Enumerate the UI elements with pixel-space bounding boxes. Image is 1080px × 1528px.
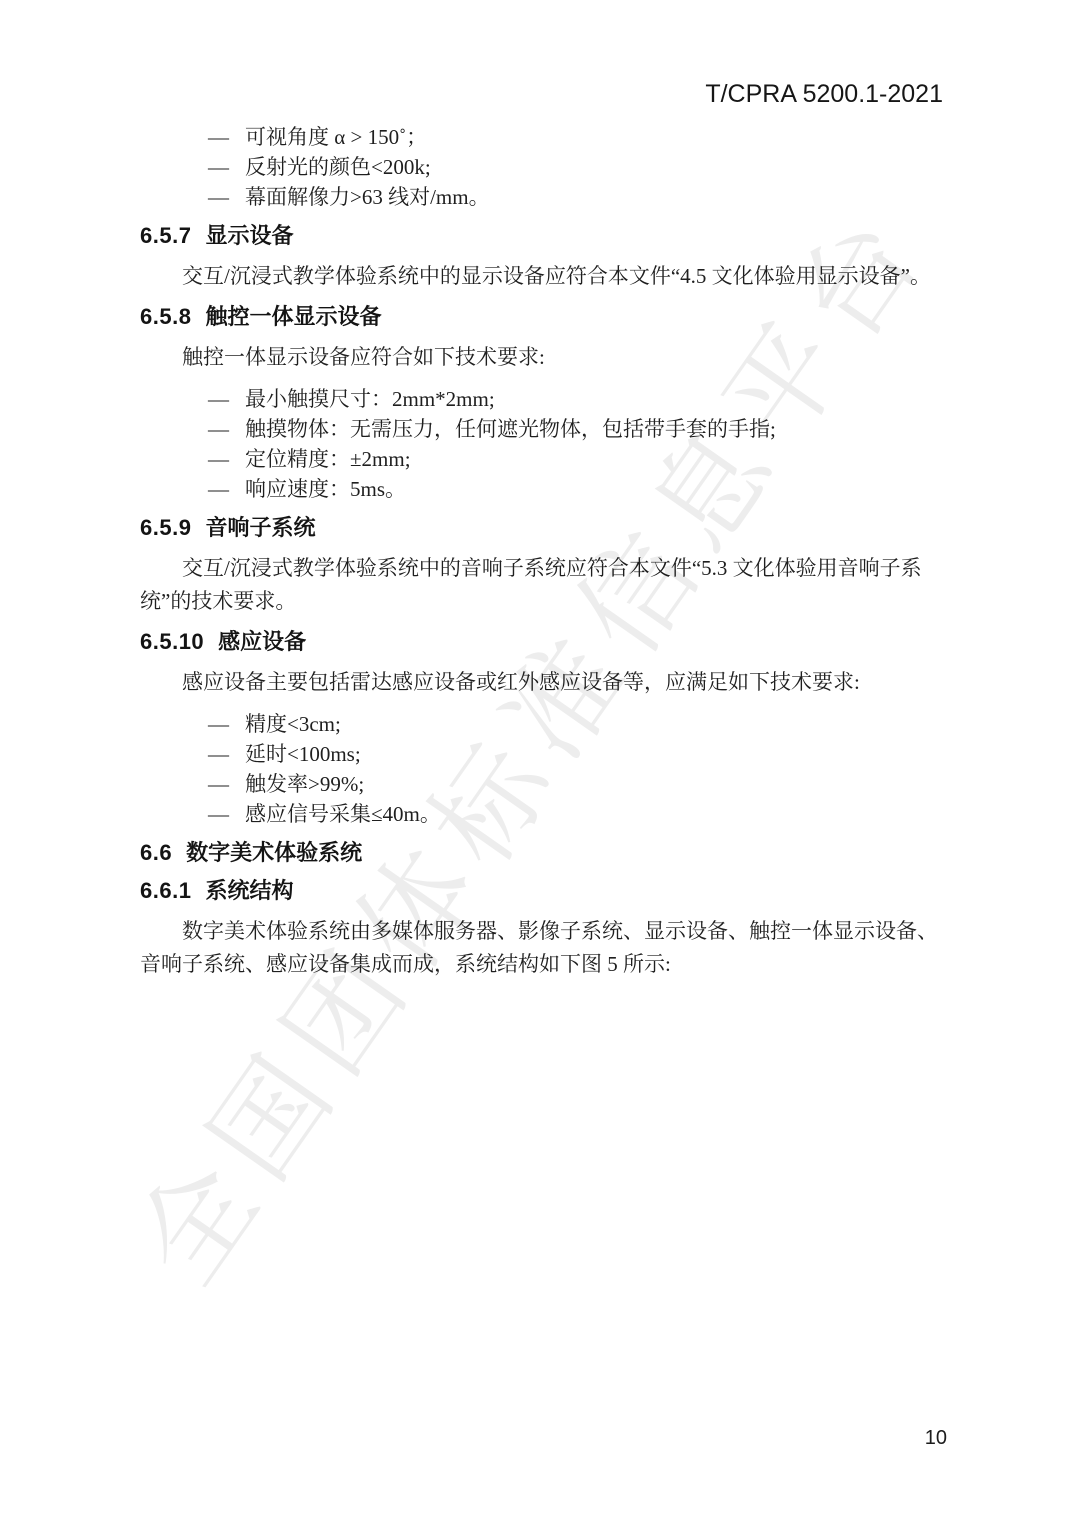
list-item: — 响应速度：5ms。 bbox=[140, 474, 945, 504]
section-heading-6-5-9: 6.5.9音响子系统 bbox=[140, 514, 945, 542]
section-paragraph: 感应设备主要包括雷达感应设备或红外感应设备等，应满足如下技术要求: bbox=[140, 666, 945, 699]
section-title: 数字美术体验系统 bbox=[186, 840, 362, 865]
dash-bullet: — bbox=[208, 444, 245, 474]
dash-bullet: — bbox=[208, 739, 245, 769]
section-number: 6.5.10 bbox=[140, 629, 204, 654]
list-item-text: 可视角度 α > 150˚； bbox=[245, 122, 427, 152]
dash-bullet: — bbox=[208, 414, 245, 444]
dash-bullet: — bbox=[208, 384, 245, 414]
list-item: — 延时<100ms; bbox=[140, 739, 945, 769]
section-paragraph: 交互/沉浸式教学体验系统中的显示设备应符合本文件“4.5 文化体验用显示设备”。 bbox=[140, 260, 945, 293]
list-item-text: 最小触摸尺寸：2mm*2mm; bbox=[245, 384, 495, 414]
list-item-text: 感应信号采集≤40m。 bbox=[245, 799, 441, 829]
section-paragraph: 数字美术体验系统由多媒体服务器、影像子系统、显示设备、触控一体显示设备、音响子系… bbox=[140, 915, 945, 981]
touch-spec-list: — 最小触摸尺寸：2mm*2mm; — 触摸物体：无需压力，任何遮光物体，包括带… bbox=[140, 384, 945, 504]
list-item-text: 幕面解像力>63 线对/mm。 bbox=[245, 182, 490, 212]
dash-bullet: — bbox=[208, 769, 245, 799]
dash-bullet: — bbox=[208, 122, 245, 152]
dash-bullet: — bbox=[208, 474, 245, 504]
section-title: 音响子系统 bbox=[205, 515, 315, 540]
list-item: — 感应信号采集≤40m。 bbox=[140, 799, 945, 829]
section-heading-6-5-8: 6.5.8触控一体显示设备 bbox=[140, 303, 945, 331]
dash-bullet: — bbox=[208, 799, 245, 829]
section-title: 触控一体显示设备 bbox=[205, 304, 381, 329]
page-number: 10 bbox=[925, 1427, 947, 1450]
list-item: — 触发率>99%; bbox=[140, 769, 945, 799]
list-item: — 幕面解像力>63 线对/mm。 bbox=[140, 182, 945, 212]
document-page: 全国团体标准信息平台 T/CPRA 5200.1-2021 — 可视角度 α >… bbox=[0, 0, 1080, 1528]
sensor-spec-list: — 精度<3cm; — 延时<100ms; — 触发率>99%; — 感应信号采… bbox=[140, 709, 945, 829]
list-item: — 精度<3cm; bbox=[140, 709, 945, 739]
list-item-text: 延时<100ms; bbox=[245, 739, 361, 769]
section-title: 系统结构 bbox=[205, 878, 293, 903]
section-heading-6-6: 6.6数字美术体验系统 bbox=[140, 839, 945, 867]
dash-bullet: — bbox=[208, 182, 245, 212]
display-spec-list: — 可视角度 α > 150˚； — 反射光的颜色<200k; — 幕面解像力>… bbox=[140, 122, 945, 212]
list-item-text: 触发率>99%; bbox=[245, 769, 364, 799]
doc-number: T/CPRA 5200.1-2021 bbox=[705, 80, 943, 109]
list-item-text: 响应速度：5ms。 bbox=[245, 474, 406, 504]
section-number: 6.5.8 bbox=[140, 304, 191, 329]
list-item: — 定位精度：±2mm; bbox=[140, 444, 945, 474]
list-item: — 最小触摸尺寸：2mm*2mm; bbox=[140, 384, 945, 414]
list-item: — 可视角度 α > 150˚； bbox=[140, 122, 945, 152]
section-heading-6-5-10: 6.5.10感应设备 bbox=[140, 628, 945, 656]
section-number: 6.6.1 bbox=[140, 878, 191, 903]
section-title: 感应设备 bbox=[218, 629, 306, 654]
section-number: 6.5.9 bbox=[140, 515, 191, 540]
list-item-text: 触摸物体：无需压力，任何遮光物体，包括带手套的手指; bbox=[245, 414, 776, 444]
section-title: 显示设备 bbox=[205, 223, 293, 248]
document-content: — 可视角度 α > 150˚； — 反射光的颜色<200k; — 幕面解像力>… bbox=[0, 0, 1080, 981]
dash-bullet: — bbox=[208, 709, 245, 739]
section-heading-6-6-1: 6.6.1系统结构 bbox=[140, 877, 945, 905]
list-item-text: 精度<3cm; bbox=[245, 709, 341, 739]
section-number: 6.5.7 bbox=[140, 223, 191, 248]
section-paragraph: 交互/沉浸式教学体验系统中的音响子系统应符合本文件“5.3 文化体验用音响子系统… bbox=[140, 552, 945, 618]
section-heading-6-5-7: 6.5.7显示设备 bbox=[140, 222, 945, 250]
list-item-text: 定位精度：±2mm; bbox=[245, 444, 411, 474]
list-item: — 反射光的颜色<200k; bbox=[140, 152, 945, 182]
list-item: — 触摸物体：无需压力，任何遮光物体，包括带手套的手指; bbox=[140, 414, 945, 444]
dash-bullet: — bbox=[208, 152, 245, 182]
section-paragraph: 触控一体显示设备应符合如下技术要求: bbox=[140, 341, 945, 374]
section-number: 6.6 bbox=[140, 840, 172, 865]
list-item-text: 反射光的颜色<200k; bbox=[245, 152, 431, 182]
